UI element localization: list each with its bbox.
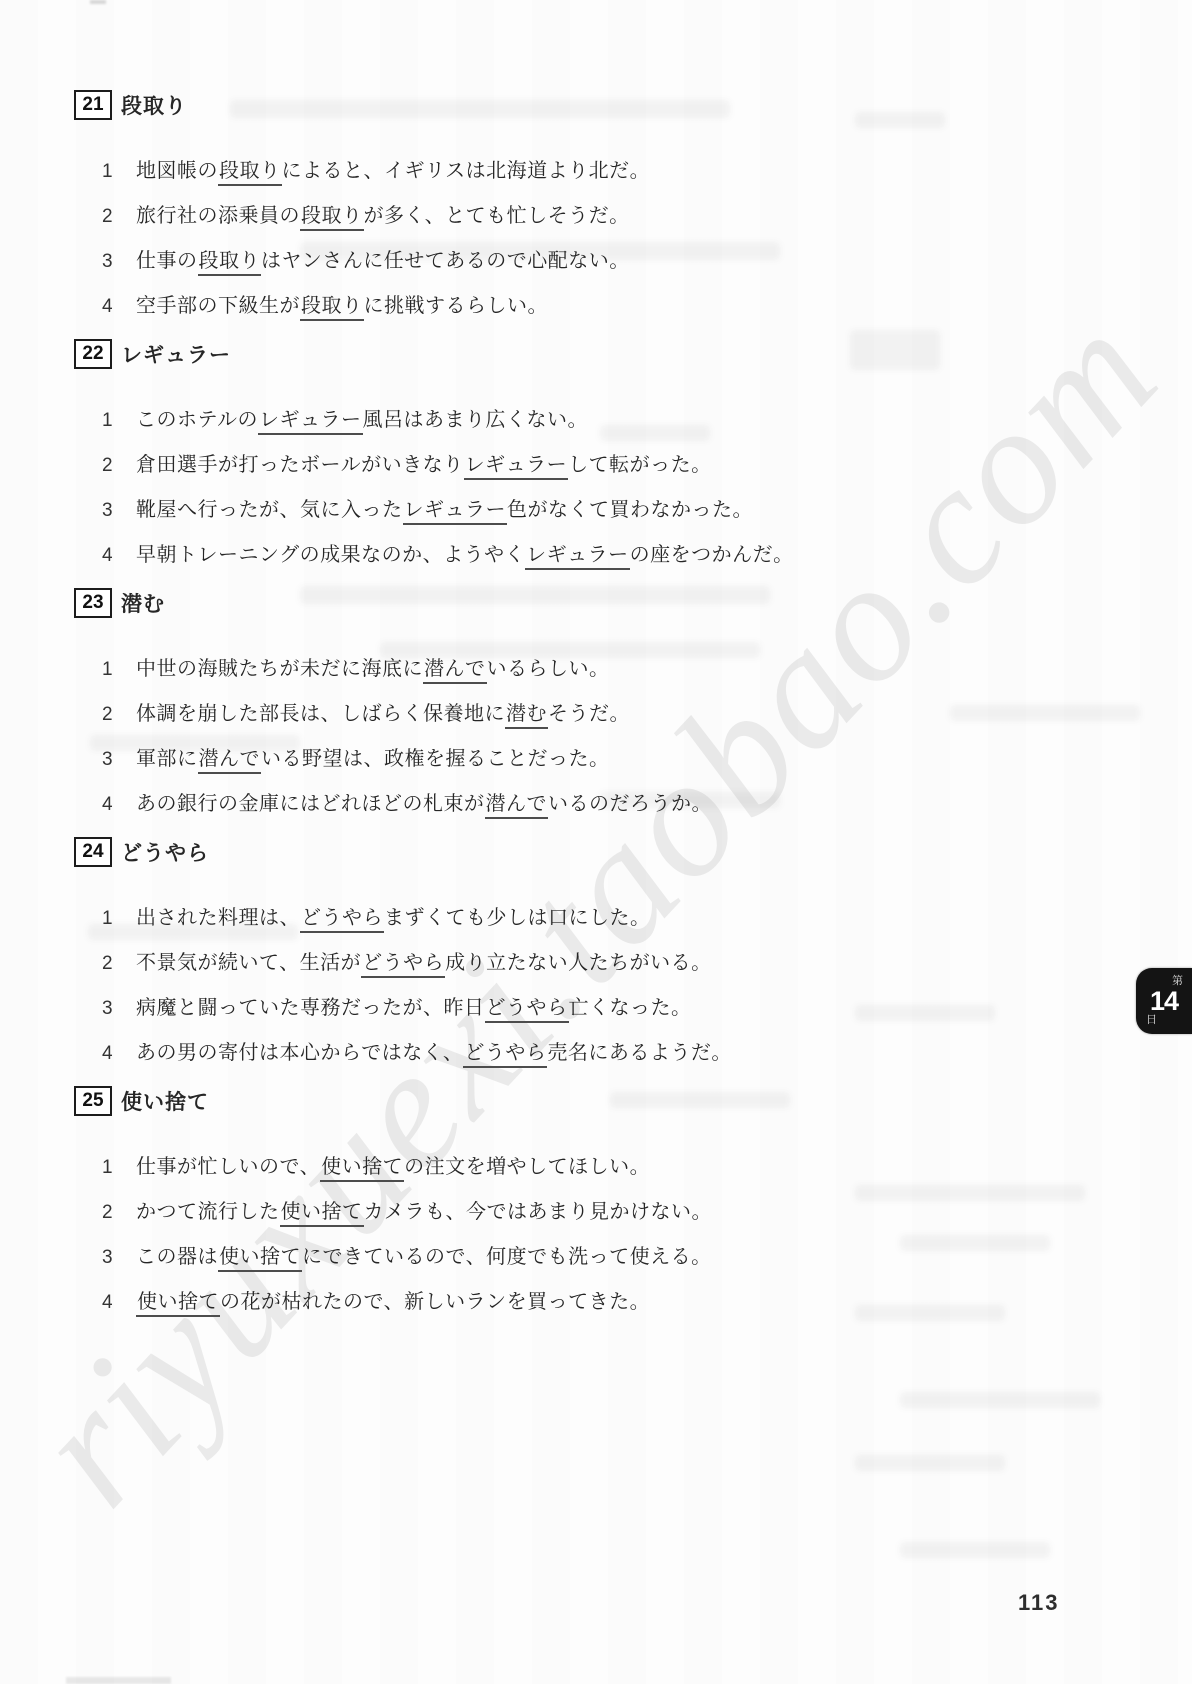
question-word: 段取り bbox=[121, 90, 187, 120]
option-text: 体調を崩した部長は、しばらく保養地に潜むそうだ。 bbox=[136, 697, 630, 726]
question-header: 25 使い捨て bbox=[74, 1086, 1152, 1116]
option-number: 4 bbox=[102, 1292, 136, 1314]
underlined-word: 潜んで bbox=[423, 658, 487, 684]
option-number: 4 bbox=[102, 545, 136, 567]
option-number: 4 bbox=[102, 1043, 136, 1065]
option-row: 1 出された料理は、どうやらまずくても少しは口にした。 bbox=[74, 901, 1152, 925]
bleed-through-artifact bbox=[855, 1455, 1005, 1471]
option-row: 3 病魔と闘っていた専務だったが、昨日どうやら亡くなった。 bbox=[74, 991, 1152, 1015]
scan-edge-artifact bbox=[90, 0, 106, 4]
option-number: 2 bbox=[102, 704, 136, 726]
underlined-word: 段取り bbox=[198, 250, 262, 276]
option-row: 3 この器は使い捨てにできているので、何度でも洗って使える。 bbox=[74, 1240, 1152, 1264]
exercise-content: 21 段取り 1 地図帳の段取りによると、イギリスは北海道より北だ。 2 旅行社… bbox=[74, 90, 1152, 1335]
option-row: 2 かつて流行した使い捨てカメラも、今ではあまり見かけない。 bbox=[74, 1195, 1152, 1219]
option-row: 1 地図帳の段取りによると、イギリスは北海道より北だ。 bbox=[74, 154, 1152, 178]
underlined-word: レギュラー bbox=[403, 499, 508, 525]
option-text: 倉田選手が打ったボールがいきなりレギュラーして転がった。 bbox=[136, 448, 712, 477]
question-word: 潜む bbox=[121, 588, 165, 618]
option-number: 1 bbox=[102, 161, 136, 183]
question-header: 23 潜む bbox=[74, 588, 1152, 618]
option-number: 2 bbox=[102, 953, 136, 975]
option-row: 1 中世の海賊たちが未だに海底に潜んでいるらしい。 bbox=[74, 652, 1152, 676]
option-number: 1 bbox=[102, 908, 136, 930]
scan-edge-artifact bbox=[66, 1677, 171, 1684]
question-number-box: 25 bbox=[74, 1086, 112, 1116]
option-text: あの男の寄付は本心からではなく、どうやら売名にあるようだ。 bbox=[136, 1036, 732, 1065]
question-number-box: 24 bbox=[74, 837, 112, 867]
question-number-box: 23 bbox=[74, 588, 112, 618]
question-header: 21 段取り bbox=[74, 90, 1152, 120]
underlined-word: どうやら bbox=[300, 907, 384, 933]
underlined-word: レギュラー bbox=[525, 544, 630, 570]
underlined-word: 潜む bbox=[505, 703, 548, 729]
option-text: かつて流行した使い捨てカメラも、今ではあまり見かけない。 bbox=[136, 1195, 712, 1224]
underlined-word: どうやら bbox=[463, 1042, 547, 1068]
question-word: 使い捨て bbox=[121, 1086, 209, 1116]
option-text: 空手部の下級生が段取りに挑戦するらしい。 bbox=[136, 289, 548, 318]
question-number-box: 21 bbox=[74, 90, 112, 120]
bleed-through-artifact bbox=[900, 1392, 1100, 1408]
underlined-word: レギュラー bbox=[464, 454, 569, 480]
underlined-word: 使い捨て bbox=[280, 1201, 364, 1227]
option-row: 4 使い捨ての花が枯れたので、新しいランを買ってきた。 bbox=[74, 1285, 1152, 1309]
question-block-21: 21 段取り 1 地図帳の段取りによると、イギリスは北海道より北だ。 2 旅行社… bbox=[74, 90, 1152, 313]
option-text: 仕事の段取りはヤンさんに任せてあるので心配ない。 bbox=[136, 244, 630, 273]
option-row: 1 仕事が忙しいので、使い捨ての注文を増やしてほしい。 bbox=[74, 1150, 1152, 1174]
option-row: 1 このホテルのレギュラー風呂はあまり広くない。 bbox=[74, 403, 1152, 427]
option-number: 1 bbox=[102, 1157, 136, 1179]
option-text: 使い捨ての花が枯れたので、新しいランを買ってきた。 bbox=[136, 1285, 650, 1314]
option-text: 仕事が忙しいので、使い捨ての注文を増やしてほしい。 bbox=[136, 1150, 650, 1179]
underlined-word: どうやら bbox=[361, 952, 445, 978]
option-text: 中世の海賊たちが未だに海底に潜んでいるらしい。 bbox=[136, 652, 610, 681]
day-badge-suffix: 日 bbox=[1146, 1015, 1157, 1026]
option-row: 3 靴屋へ行ったが、気に入ったレギュラー色がなくて買わなかった。 bbox=[74, 493, 1152, 517]
day-badge-number: 14 bbox=[1150, 987, 1178, 1015]
question-number-box: 22 bbox=[74, 339, 112, 369]
option-text: 早朝トレーニングの成果なのか、ようやくレギュラーの座をつかんだ。 bbox=[136, 538, 794, 567]
option-row: 3 仕事の段取りはヤンさんに任せてあるので心配ない。 bbox=[74, 244, 1152, 268]
option-text: 靴屋へ行ったが、気に入ったレギュラー色がなくて買わなかった。 bbox=[136, 493, 753, 522]
option-number: 2 bbox=[102, 455, 136, 477]
question-block-24: 24 どうやら 1 出された料理は、どうやらまずくても少しは口にした。 2 不景… bbox=[74, 837, 1152, 1060]
option-number: 4 bbox=[102, 794, 136, 816]
option-row: 2 倉田選手が打ったボールがいきなりレギュラーして転がった。 bbox=[74, 448, 1152, 472]
option-number: 2 bbox=[102, 1202, 136, 1224]
option-number: 3 bbox=[102, 1247, 136, 1269]
underlined-word: 段取り bbox=[300, 205, 364, 231]
option-text: 軍部に潜んでいる野望は、政権を握ることだった。 bbox=[136, 742, 610, 771]
underlined-word: 使い捨て bbox=[320, 1156, 404, 1182]
option-number: 3 bbox=[102, 500, 136, 522]
underlined-word: 使い捨て bbox=[218, 1246, 302, 1272]
underlined-word: 段取り bbox=[300, 295, 364, 321]
option-text: 地図帳の段取りによると、イギリスは北海道より北だ。 bbox=[136, 154, 650, 183]
bleed-through-artifact bbox=[900, 1542, 1050, 1558]
option-number: 4 bbox=[102, 296, 136, 318]
option-row: 2 不景気が続いて、生活がどうやら成り立たない人たちがいる。 bbox=[74, 946, 1152, 970]
option-row: 3 軍部に潜んでいる野望は、政権を握ることだった。 bbox=[74, 742, 1152, 766]
option-number: 3 bbox=[102, 998, 136, 1020]
option-text: 旅行社の添乗員の段取りが多く、とても忙しそうだ。 bbox=[136, 199, 630, 228]
underlined-word: 潜んで bbox=[485, 793, 549, 819]
option-number: 3 bbox=[102, 251, 136, 273]
option-number: 3 bbox=[102, 749, 136, 771]
option-row: 4 空手部の下級生が段取りに挑戦するらしい。 bbox=[74, 289, 1152, 313]
question-header: 24 どうやら bbox=[74, 837, 1152, 867]
option-number: 2 bbox=[102, 206, 136, 228]
option-text: 病魔と闘っていた専務だったが、昨日どうやら亡くなった。 bbox=[136, 991, 692, 1020]
option-text: あの銀行の金庫にはどれほどの札束が潜んでいるのだろうか。 bbox=[136, 787, 712, 816]
option-text: このホテルのレギュラー風呂はあまり広くない。 bbox=[136, 403, 588, 432]
underlined-word: 段取り bbox=[218, 160, 282, 186]
option-row: 4 早朝トレーニングの成果なのか、ようやくレギュラーの座をつかんだ。 bbox=[74, 538, 1152, 562]
underlined-word: どうやら bbox=[485, 997, 569, 1023]
question-word: レギュラー bbox=[121, 339, 231, 369]
option-row: 2 旅行社の添乗員の段取りが多く、とても忙しそうだ。 bbox=[74, 199, 1152, 223]
option-row: 4 あの銀行の金庫にはどれほどの札束が潜んでいるのだろうか。 bbox=[74, 787, 1152, 811]
question-block-22: 22 レギュラー 1 このホテルのレギュラー風呂はあまり広くない。 2 倉田選手… bbox=[74, 339, 1152, 562]
option-number: 1 bbox=[102, 410, 136, 432]
underlined-word: 使い捨て bbox=[136, 1291, 220, 1317]
scanned-textbook-page: riyuxuexi.taobao.com 21 段取り 1 地図帳の段取りによる… bbox=[0, 0, 1192, 1684]
underlined-word: レギュラー bbox=[258, 409, 363, 435]
option-text: この器は使い捨てにできているので、何度でも洗って使える。 bbox=[136, 1240, 712, 1269]
option-number: 1 bbox=[102, 659, 136, 681]
page-number: 113 bbox=[1018, 1590, 1060, 1616]
question-block-23: 23 潜む 1 中世の海賊たちが未だに海底に潜んでいるらしい。 2 体調を崩した… bbox=[74, 588, 1152, 811]
question-word: どうやら bbox=[121, 837, 209, 867]
underlined-word: 潜んで bbox=[198, 748, 262, 774]
question-header: 22 レギュラー bbox=[74, 339, 1152, 369]
option-text: 不景気が続いて、生活がどうやら成り立たない人たちがいる。 bbox=[136, 946, 712, 975]
option-row: 2 体調を崩した部長は、しばらく保養地に潜むそうだ。 bbox=[74, 697, 1152, 721]
question-block-25: 25 使い捨て 1 仕事が忙しいので、使い捨ての注文を増やしてほしい。 2 かつ… bbox=[74, 1086, 1152, 1309]
option-row: 4 あの男の寄付は本心からではなく、どうやら売名にあるようだ。 bbox=[74, 1036, 1152, 1060]
option-text: 出された料理は、どうやらまずくても少しは口にした。 bbox=[136, 901, 651, 930]
day-badge: 第 14 日 bbox=[1136, 968, 1192, 1034]
